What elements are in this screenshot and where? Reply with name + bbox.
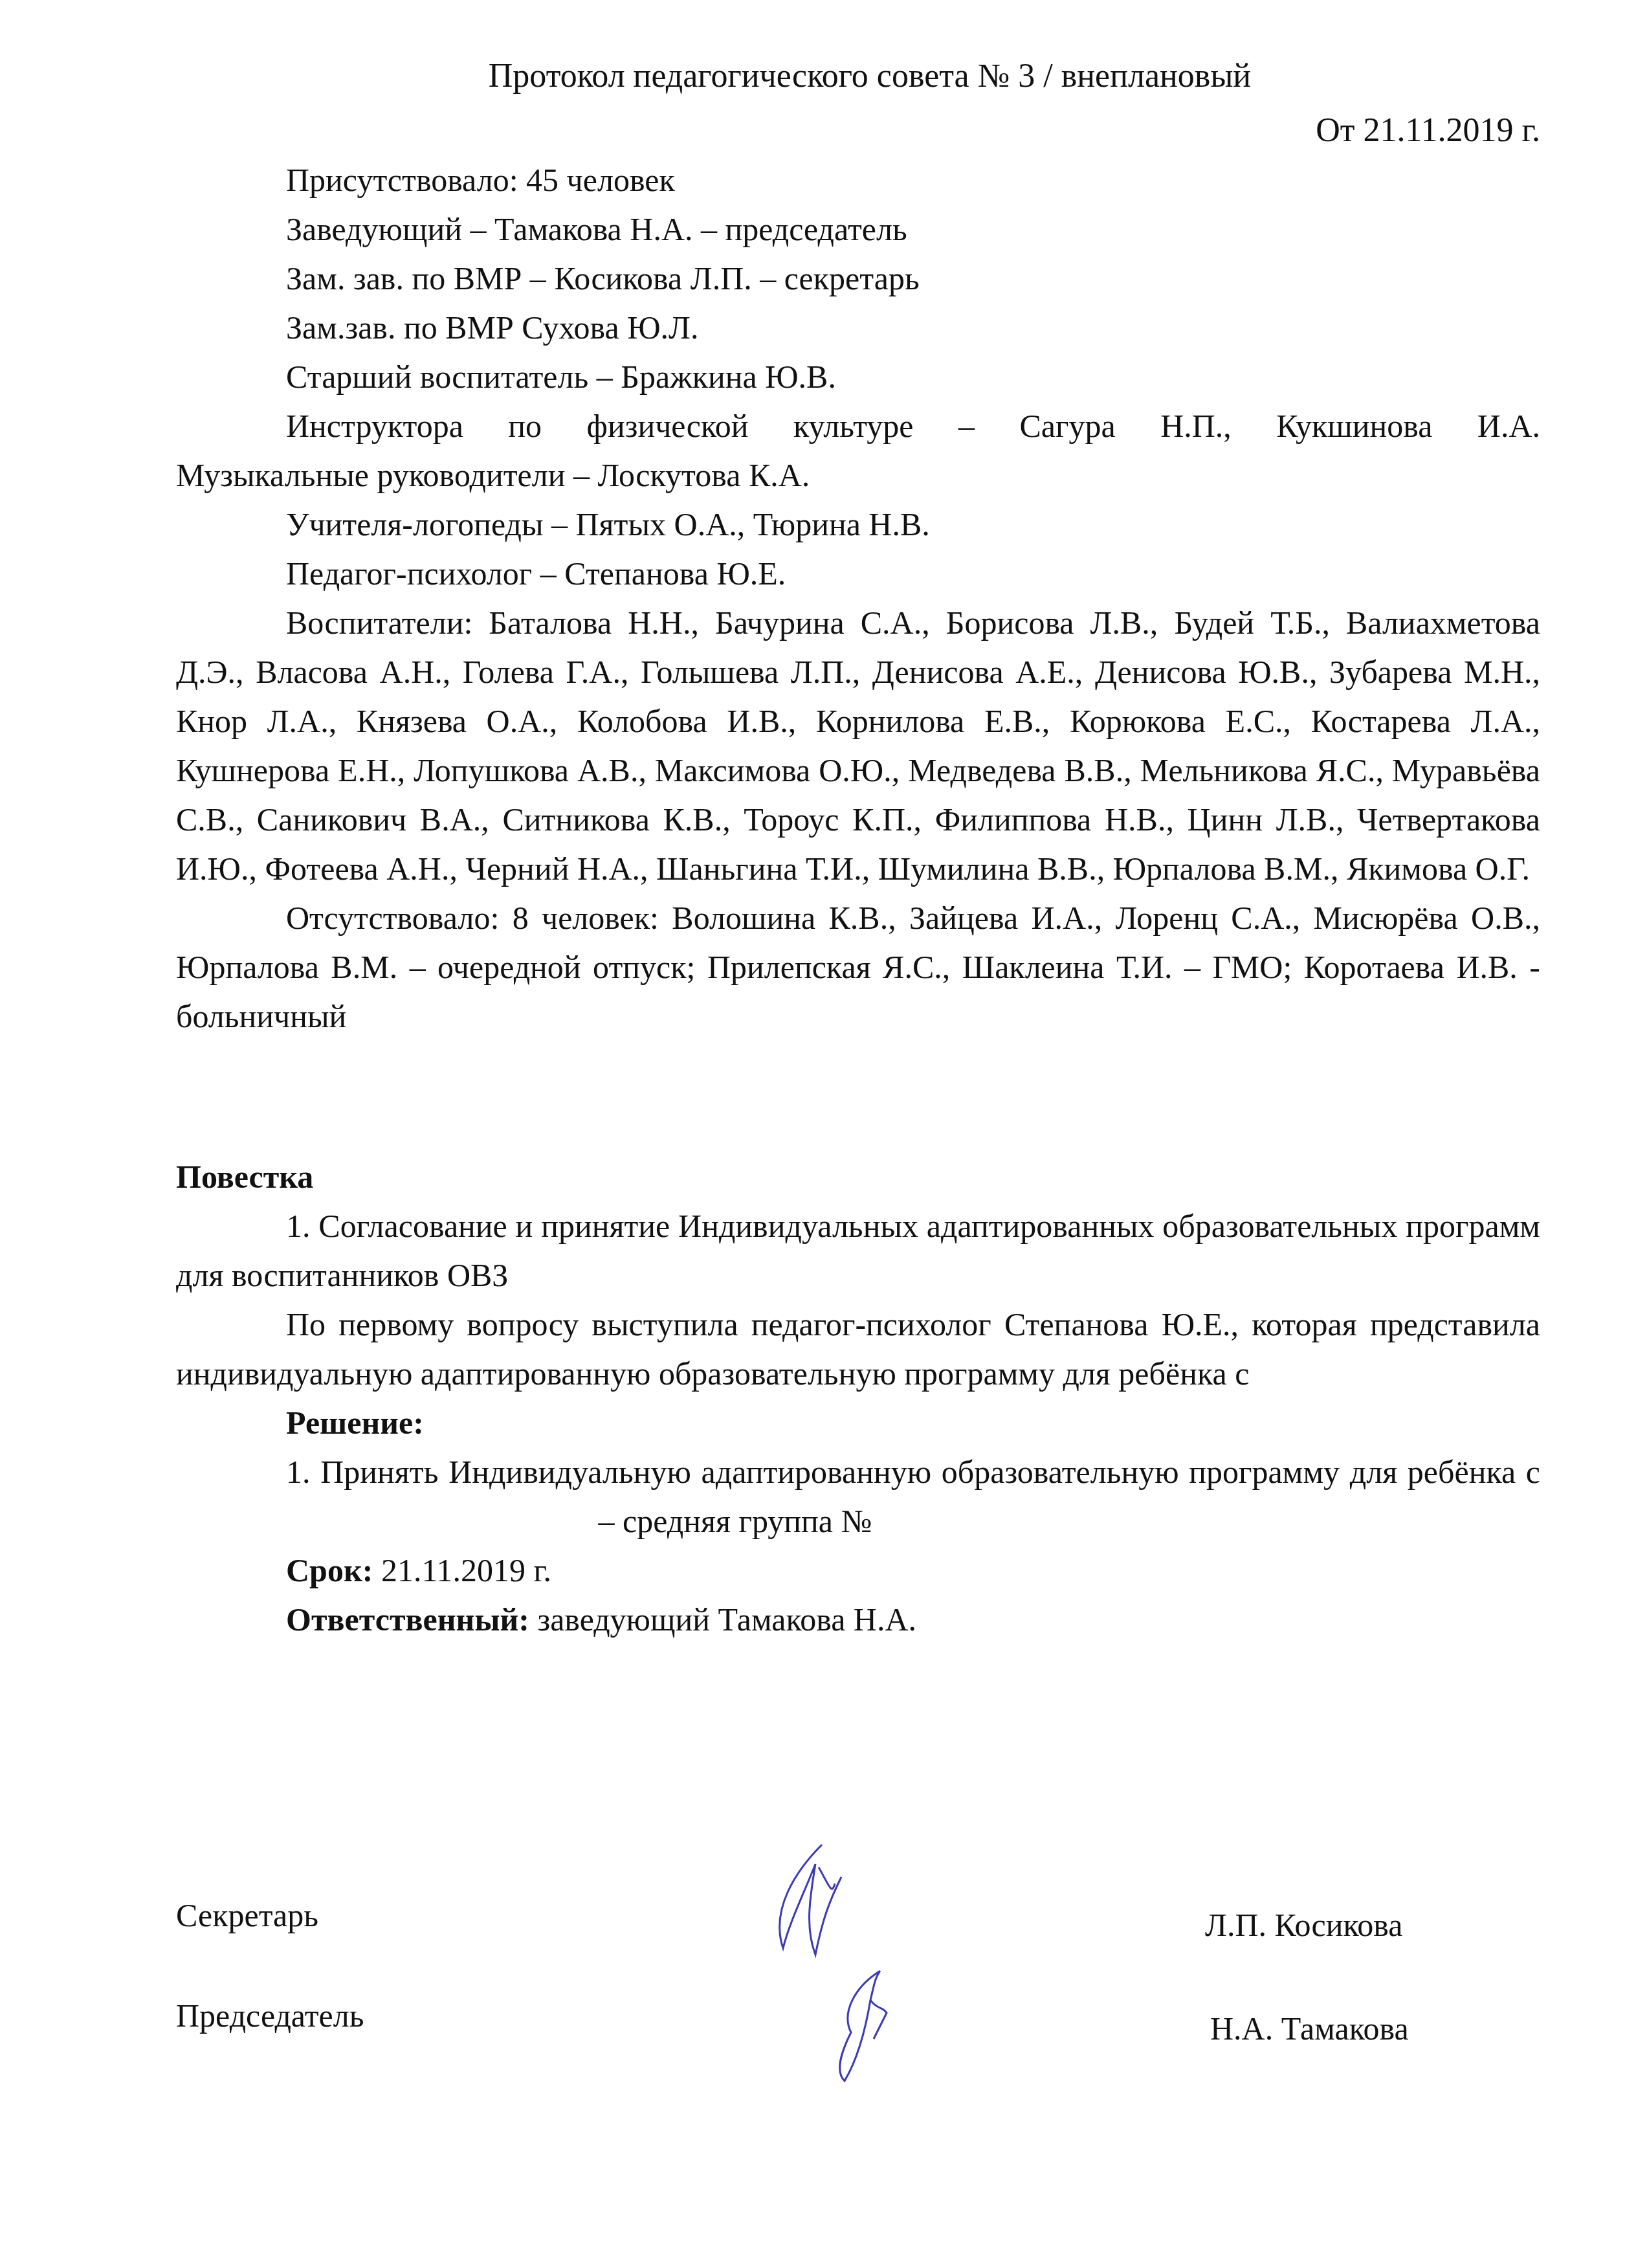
role-pe-instructors: Инструктора по физической культуре – Саг…	[176, 401, 1540, 450]
agenda-title: Повестка	[176, 1152, 1540, 1201]
role-senior-educator: Старший воспитатель – Бражкина Ю.В.	[176, 352, 1540, 401]
document-body: Присутствовало: 45 человек Заведующий – …	[176, 155, 1540, 1644]
role-deputy-secretary: Зам. зав. по ВМР – Косикова Л.П. – секре…	[176, 254, 1540, 303]
decision-item-1: 1. Принять Индивидуальную адаптированную…	[176, 1447, 1540, 1546]
absent-list: Отсутствовало: 8 человек: Волошина К.В.,…	[176, 893, 1540, 1041]
decision-item-1-end: – средняя группа №	[599, 1503, 872, 1539]
signature-name-secretary: Л.П. Косикова	[1205, 1906, 1402, 1944]
role-psychologist: Педагог-психолог – Степанова Ю.Е.	[176, 549, 1540, 598]
role-head: Заведующий – Тамакова Н.А. – председател…	[176, 205, 1540, 254]
agenda-discussion: По первому вопросу выступила педагог-пси…	[176, 1300, 1540, 1398]
secretary-signature-icon	[744, 1832, 906, 1961]
document-title: Протокол педагогического совета № 3 / вн…	[0, 57, 1636, 95]
responsible: Ответственный: заведующий Тамакова Н.А.	[176, 1595, 1540, 1644]
document-date: От 21.11.2019 г.	[1316, 111, 1540, 150]
educators-list: Воспитатели: Баталова Н.Н., Бачурина С.А…	[176, 598, 1540, 893]
deadline: Срок: 21.11.2019 г.	[176, 1546, 1540, 1595]
present-count: Присутствовало: 45 человек	[176, 155, 1540, 205]
agenda-item-1: 1. Согласование и принятие Индивидуальны…	[176, 1201, 1540, 1300]
decision-item-1-start: 1. Принять Индивидуальную адаптированную…	[286, 1454, 1540, 1490]
signature-role-chair: Председатель	[176, 1997, 364, 2034]
decision-label: Решение:	[176, 1398, 1540, 1447]
role-speech-therapists: Учителя-логопеды – Пятых О.А., Тюрина Н.…	[176, 500, 1540, 549]
role-music-directors: Музыкальные руководители – Лоскутова К.А…	[176, 450, 1540, 500]
signature-name-chair: Н.А. Тамакова	[1210, 2010, 1409, 2047]
chair-signature-icon	[802, 1961, 932, 2091]
role-deputy: Зам.зав. по ВМР Сухова Ю.Л.	[176, 303, 1540, 352]
signature-role-secretary: Секретарь	[176, 1896, 318, 1934]
